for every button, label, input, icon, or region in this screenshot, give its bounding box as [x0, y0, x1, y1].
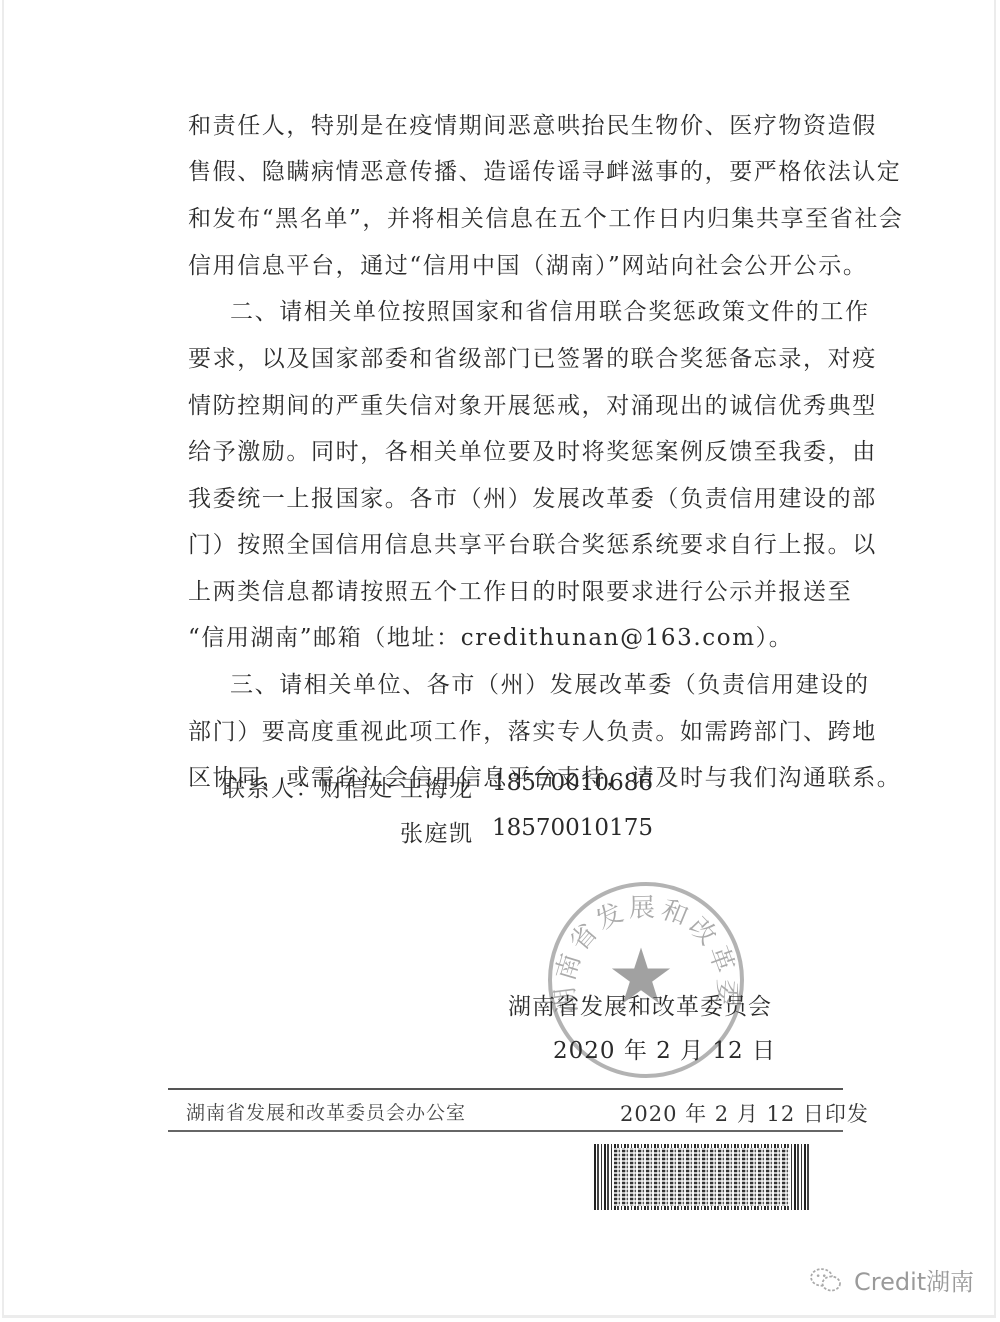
footer-issue-date: 2020 年 2 月 12 日印发 [620, 1098, 869, 1128]
body-line: 我委统一上报国家。各市（州）发展改革委（负责信用建设的部 [188, 484, 877, 514]
body-line: 给予激励。同时，各相关单位要及时将奖惩案例反馈至我委，由 [188, 437, 877, 467]
body-line: 售假、隐瞒病情恶意传播、造谣传谣寻衅滋事的，要严格依法认定 [188, 157, 901, 187]
body-line: 二、请相关单位按照国家和省信用联合奖惩政策文件的工作 [230, 297, 870, 327]
wechat-icon [808, 1266, 844, 1294]
barcode-image [594, 1144, 810, 1210]
body-line: 和发布“黑名单”，并将相关信息在五个工作日内归集共享至省社会 [188, 204, 904, 234]
body-line: “信用湖南”邮箱（地址：credithunan@163.com）。 [188, 623, 793, 653]
contact-phone-2: 18570010175 [492, 815, 653, 841]
watermark-text: Credit湖南 [854, 1262, 974, 1297]
contact-label: 联系人：财信处 [222, 770, 394, 803]
body-line: 信用信息平台，通过“信用中国（湖南）”网站向社会公开公示。 [188, 251, 867, 281]
body-line: 门）按照全国信用信息共享平台联合奖惩系统要求自行上报。以 [188, 530, 877, 560]
signature-organization: 湖南省发展和改革委员会 [508, 988, 772, 1021]
barcode-data [614, 1148, 790, 1206]
signature-date: 2020 年 2 月 12 日 [553, 1032, 776, 1065]
body-line: 要求，以及国家部委和省级部门已签署的联合奖惩备忘录，对疫 [188, 344, 877, 374]
body-line: 三、请相关单位、各市（州）发展改革委（负责信用建设的 [230, 670, 870, 700]
contact-name-2: 张庭凯 [400, 815, 474, 848]
contact-phone-1: 18570010686 [492, 770, 653, 796]
watermark: Credit湖南 [808, 1262, 974, 1297]
footer-rule-top [168, 1088, 843, 1090]
body-line: 部门）要高度重视此项工作，落实专人负责。如需跨部门、跨地 [188, 717, 877, 747]
contact-name-1: 王海龙 [400, 770, 474, 803]
body-line: 和责任人，特别是在疫情期间恶意哄抬民生物价、医疗物资造假 [188, 111, 877, 141]
body-line: 情防控期间的严重失信对象开展惩戒，对涌现出的诚信优秀典型 [188, 391, 877, 421]
footer-rule-bottom [168, 1130, 843, 1132]
body-line: 上两类信息都请按照五个工作日的时限要求进行公示并报送至 [188, 577, 852, 607]
footer-issuer: 湖南省发展和改革委员会办公室 [186, 1098, 466, 1125]
